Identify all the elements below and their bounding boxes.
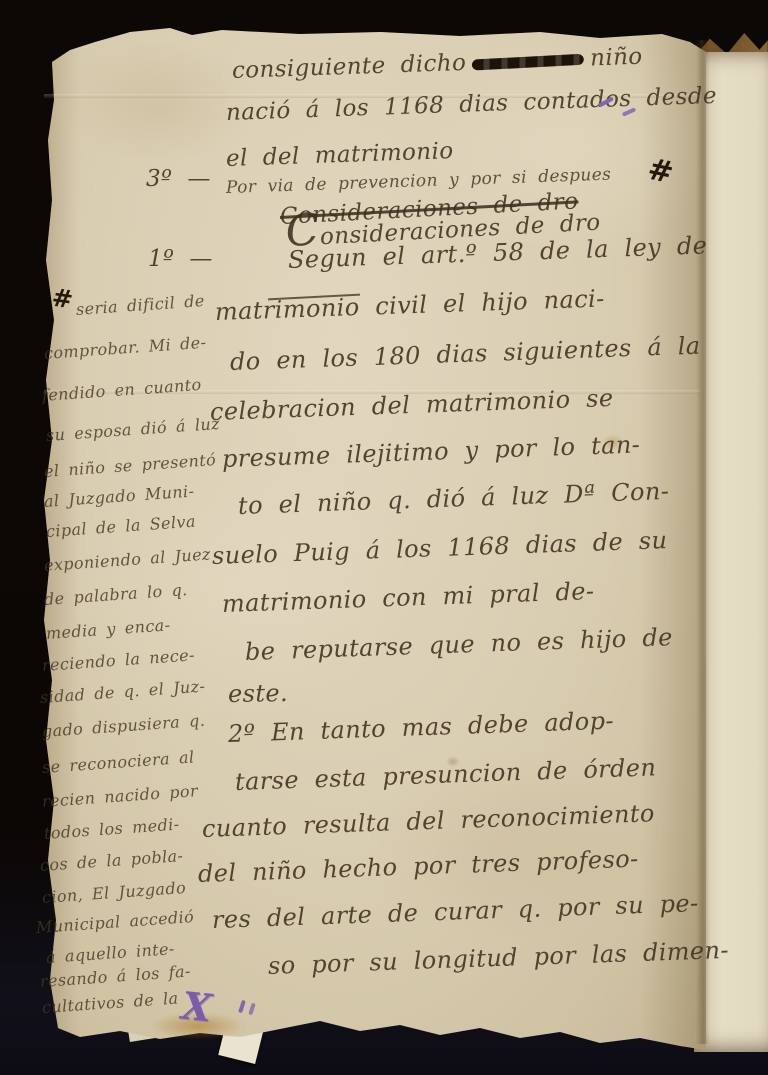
line-text: niño [590,44,643,72]
scribbled-out-word [472,53,584,70]
section-marker: 1º — [148,246,213,272]
purple-x-mark: X [180,983,214,1031]
hash-reference-mark: # [50,283,75,315]
section-marker: 3º — [146,166,211,192]
manuscript-line: este. [228,679,288,708]
manuscript-photo: consiguiente dichoniño nació á los 1168 … [0,0,768,1075]
bottom-right-shadow [700,1022,768,1075]
